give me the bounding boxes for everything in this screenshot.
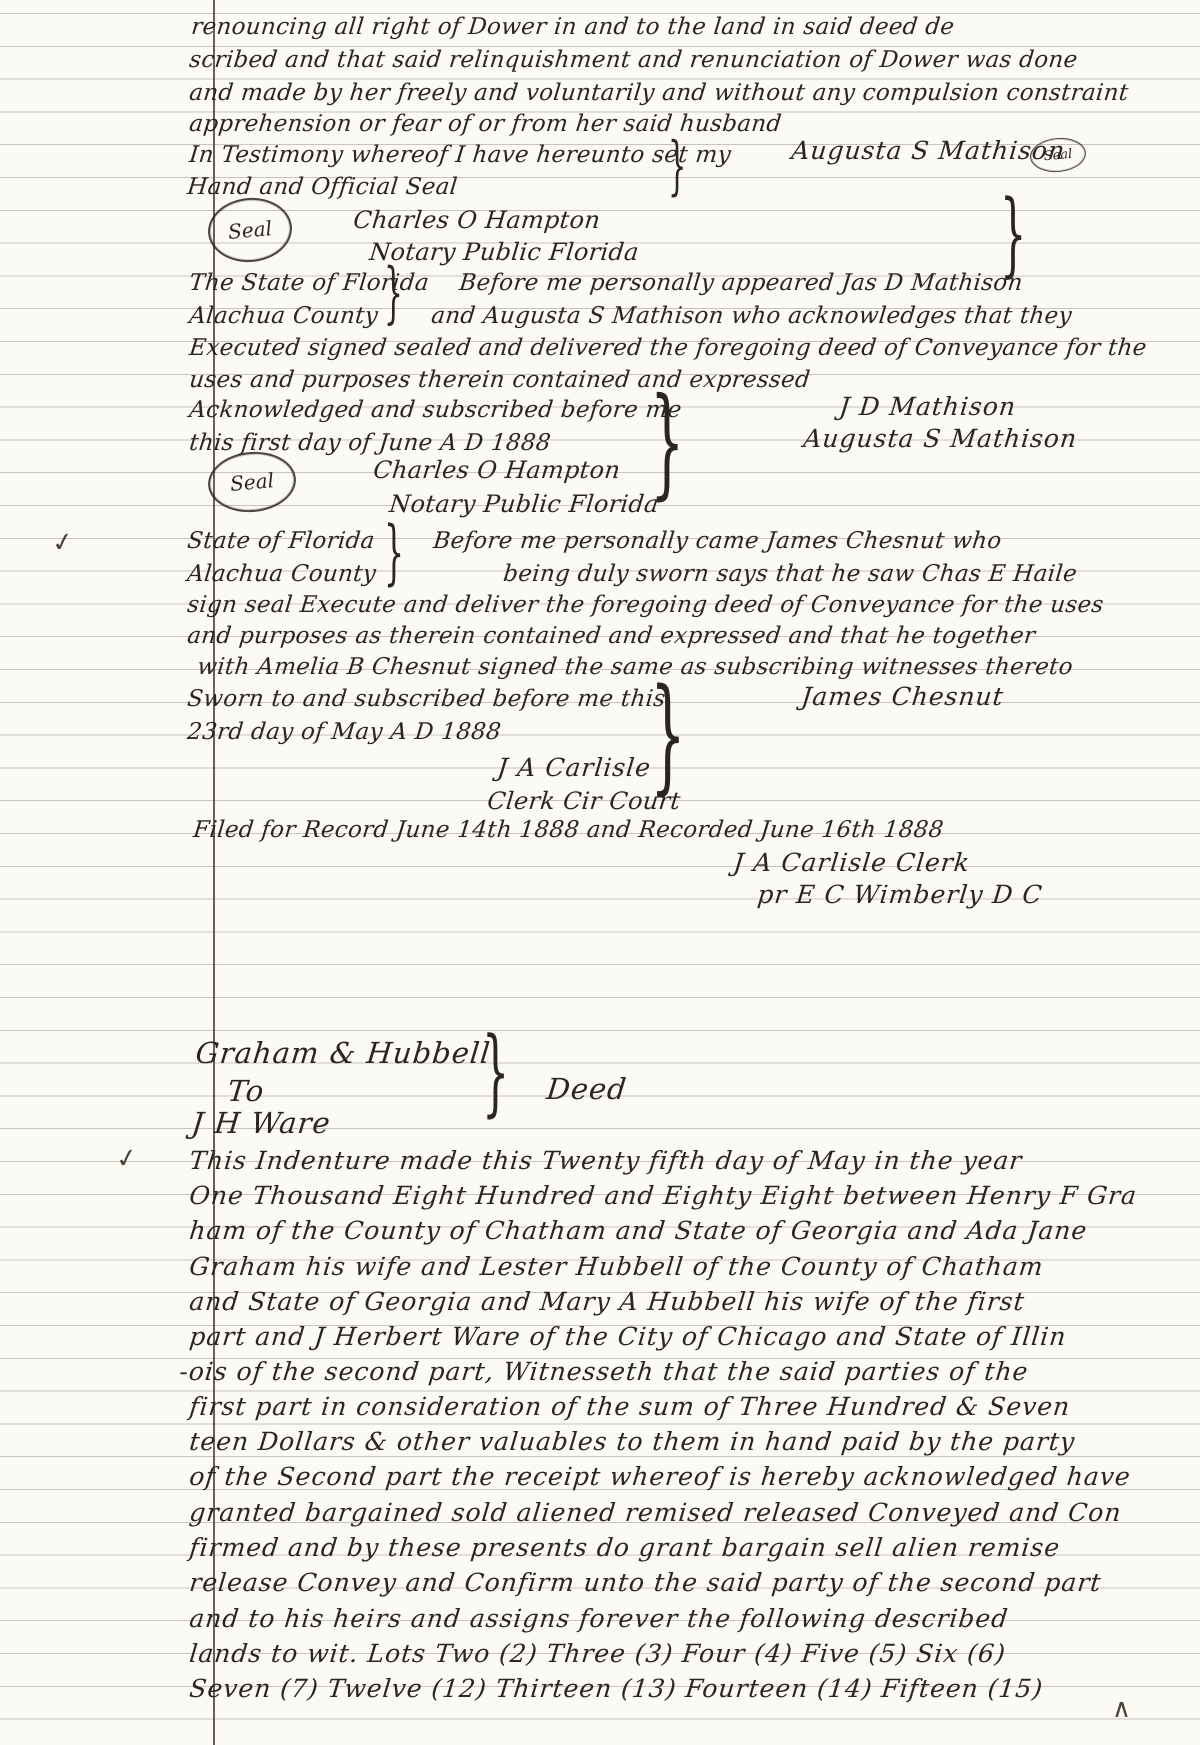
margin-checkmark: ✓: [114, 1142, 141, 1175]
filing-line: Filed for Record June 14th 1888 and Reco…: [192, 817, 945, 843]
venue-county: Alachua County: [186, 561, 377, 587]
deed-line: Seven (7) Twelve (12) Thirteen (13) Four…: [188, 1674, 1045, 1703]
affidavit-line: Before me personally came James Chesnut …: [432, 528, 1003, 554]
affidavit-line: sign seal Execute and deliver the forego…: [186, 592, 1105, 618]
margin-checkmark: ✓: [50, 526, 77, 559]
dower-clause-line: scribed and that said relinquishment and…: [188, 47, 1079, 73]
venue-state: State of Florida: [186, 528, 376, 554]
signature-seal-label: Seal: [1043, 146, 1073, 163]
caption-to: To: [226, 1074, 266, 1108]
notary-title: Notary Public Florida: [368, 238, 640, 266]
deed-line: lands to wit. Lots Two (2) Three (3) Fou…: [188, 1639, 1007, 1668]
caption-grantor: Graham & Hubbell: [194, 1036, 492, 1070]
dower-clause-line: apprehension or fear of or from her said…: [188, 111, 783, 137]
deed-line: part and J Herbert Ware of the City of C…: [188, 1322, 1068, 1351]
acknowledgment-line: and Augusta S Mathison who acknowledges …: [430, 303, 1073, 329]
deed-line: granted bargained sold aliened remised r…: [188, 1498, 1123, 1527]
dower-clause-line: renouncing all right of Dower in and to …: [190, 14, 956, 40]
brace: }: [384, 524, 404, 581]
deed-line: of the Second part the receipt whereof i…: [188, 1462, 1132, 1491]
deed-book-page: ✓ ✓ renouncing all right of Dower in and…: [0, 0, 1200, 1745]
affidavit-line: with Amelia B Chesnut signed the same as…: [196, 654, 1074, 680]
deed-line: release Convey and Confirm unto the said…: [188, 1568, 1103, 1597]
signature-ja-carlisle: J A Carlisle: [496, 753, 653, 782]
brace: }: [482, 1034, 509, 1112]
deed-line: firmed and by these presents do grant ba…: [188, 1533, 1062, 1562]
notary-seal: Seal: [205, 194, 294, 265]
testimony-line: Hand and Official Seal: [186, 174, 459, 200]
acknowledgment-line: Executed signed sealed and delivered the…: [188, 335, 1148, 361]
deed-line: Graham his wife and Lester Hubbell of th…: [188, 1252, 1045, 1281]
acknowledgment-line: uses and purposes therein contained and …: [188, 367, 811, 393]
caption-instrument: Deed: [545, 1072, 629, 1106]
affidavit-line: being duly sworn says that he saw Chas E…: [502, 561, 1078, 587]
deed-line: ham of the County of Chatham and State o…: [188, 1216, 1089, 1245]
acknowledgment-line: Before me personally appeared Jas D Math…: [458, 270, 1024, 296]
venue-county: Alachua County: [188, 303, 379, 329]
brace: }: [1000, 196, 1026, 271]
signature-deputy-clerk: pr E C Wimberly D C: [756, 880, 1044, 909]
signature-james-chesnut: James Chesnut: [800, 682, 1005, 711]
attestation-line: Acknowledged and subscribed before me: [188, 397, 683, 423]
officer-title: Clerk Cir Court: [486, 787, 682, 815]
signature-augusta-mathison: Augusta S Mathison: [790, 136, 1067, 165]
notary-seal-label: Seal: [229, 468, 275, 496]
attestation-line: Sworn to and subscribed before me this: [186, 686, 667, 712]
dower-clause-line: and made by her freely and voluntarily a…: [188, 80, 1130, 106]
deed-line: This Indenture made this Twenty fifth da…: [188, 1146, 1024, 1175]
affidavit-line: and purposes as therein contained and ex…: [186, 623, 1037, 649]
notary-seal-label: Seal: [227, 216, 273, 244]
signature-augusta-mathison: Augusta S Mathison: [802, 424, 1079, 453]
deed-line: One Thousand Eight Hundred and Eighty Ei…: [188, 1181, 1139, 1210]
notary-title: Notary Public Florida: [388, 490, 660, 518]
testimony-line: In Testimony whereof I have hereunto set…: [188, 142, 732, 168]
signature-clerk: J A Carlisle Clerk: [732, 848, 972, 877]
deed-line: teen Dollars & other valuables to them i…: [188, 1427, 1077, 1456]
brace: }: [650, 684, 686, 787]
brace: }: [668, 140, 686, 192]
notary-name: Charles O Hampton: [372, 456, 622, 484]
attestation-line: 23rd day of May A D 1888: [186, 719, 502, 745]
notary-seal: Seal: [206, 448, 299, 515]
deed-line: -ois of the second part, Witnesseth that…: [178, 1357, 1030, 1386]
caption-grantee: J H Ware: [190, 1106, 333, 1140]
deed-line: and to his heirs and assigns forever the…: [188, 1604, 1010, 1633]
deed-line: and State of Georgia and Mary A Hubbell …: [188, 1287, 1026, 1316]
brace: }: [384, 266, 403, 320]
notary-name: Charles O Hampton: [352, 206, 602, 234]
insertion-caret: ∧: [1112, 1694, 1131, 1724]
signature-jd-mathison: J D Mathison: [838, 392, 1018, 421]
brace: }: [650, 394, 684, 492]
deed-line: first part in consideration of the sum o…: [188, 1392, 1072, 1421]
